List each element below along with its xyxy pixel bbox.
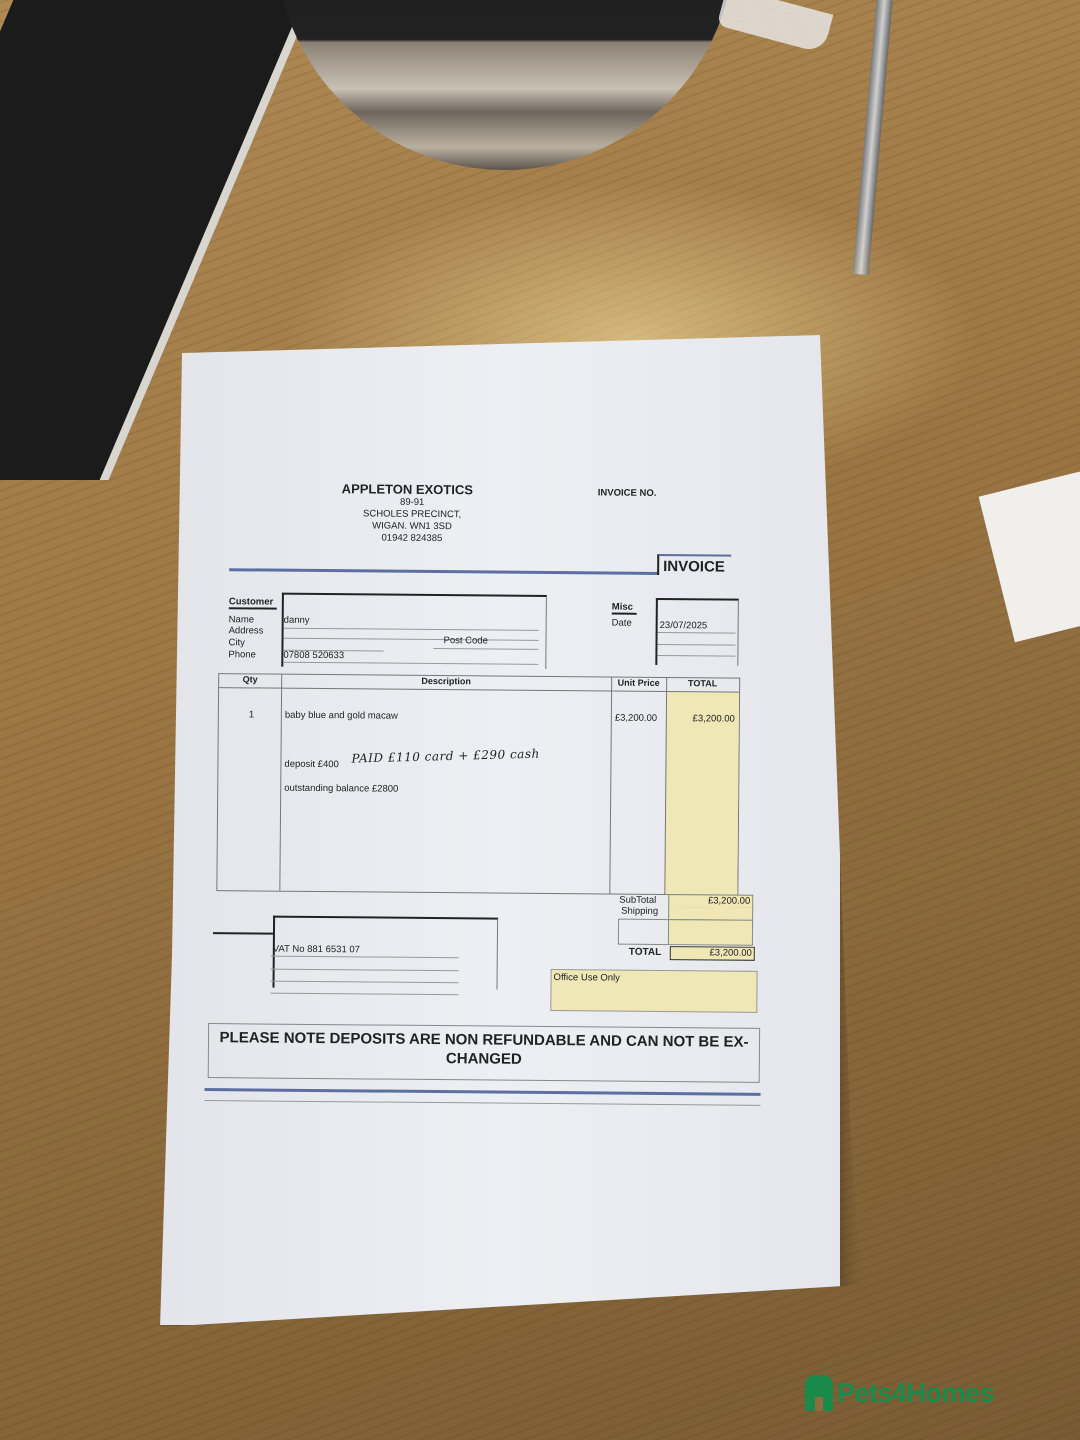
company-header: APPLETON EXOTICS 89-91 SCHOLES PRECINCT,… bbox=[344, 481, 480, 545]
extra-label-cells bbox=[618, 919, 670, 945]
header-rule bbox=[229, 568, 659, 575]
column-divider bbox=[279, 675, 282, 891]
invoice-document: APPLETON EXOTICS 89-91 SCHOLES PRECINCT,… bbox=[199, 470, 775, 1125]
postcode-label: Post Code bbox=[443, 635, 487, 647]
deposit-note: deposit £400 bbox=[284, 759, 339, 770]
office-use-box: Office Use Only bbox=[550, 969, 757, 1013]
column-divider bbox=[609, 678, 612, 894]
handwritten-payment-note: PAID £110 card + £290 cash bbox=[351, 747, 540, 766]
item-unit-price: £3,200.00 bbox=[615, 713, 657, 724]
watermark-text: Pets4Homes bbox=[837, 1378, 994, 1409]
pets4homes-watermark: Pets4Homes bbox=[805, 1375, 994, 1411]
office-use-label: Office Use Only bbox=[554, 972, 620, 984]
house-pet-logo-icon bbox=[805, 1375, 833, 1411]
invoice-number-label: INVOICE NO. bbox=[598, 487, 657, 499]
item-total: £3,200.00 bbox=[693, 713, 735, 724]
vat-number: VAT No 881 6531 07 bbox=[273, 944, 360, 957]
deposit-notice: PLEASE NOTE DEPOSITS ARE NON REFUNDABLE … bbox=[208, 1023, 760, 1083]
company-address-line: SCHOLES PRECINCT, bbox=[345, 508, 480, 521]
vat-box-rule bbox=[213, 932, 273, 935]
header-unit-price: Unit Price bbox=[611, 678, 666, 692]
outstanding-balance-note: outstanding balance £2800 bbox=[284, 783, 398, 795]
footer-rule bbox=[205, 1088, 761, 1096]
company-name: APPLETON EXOTICS bbox=[335, 481, 480, 497]
item-qty: 1 bbox=[249, 709, 254, 720]
footer-line bbox=[204, 1100, 760, 1106]
header-total: TOTAL bbox=[666, 678, 739, 693]
customer-section-label: Customer bbox=[229, 596, 277, 609]
line-items-table: Qty Description Unit Price TOTAL 1 baby … bbox=[216, 673, 740, 896]
date-label: Date bbox=[612, 618, 632, 630]
extra-value-cells bbox=[668, 919, 753, 946]
header-description: Description bbox=[281, 675, 611, 692]
subtotal-value: £3,200.00 bbox=[708, 895, 750, 906]
invoice-title: INVOICE bbox=[657, 554, 731, 576]
company-phone: 01942 824385 bbox=[344, 532, 479, 545]
city-label: City bbox=[228, 637, 244, 649]
field-line bbox=[270, 993, 458, 996]
misc-section-label: Misc bbox=[612, 602, 637, 615]
invoice-date-value: 23/07/2025 bbox=[660, 620, 708, 632]
shipping-label: Shipping bbox=[621, 906, 658, 918]
total-label: TOTAL bbox=[629, 947, 662, 958]
grand-total-value: £3,200.00 bbox=[709, 947, 751, 958]
grand-total-cell: £3,200.00 bbox=[670, 946, 755, 961]
customer-name-value: danny bbox=[284, 615, 310, 627]
phone-label: Phone bbox=[228, 649, 256, 661]
address-label: Address bbox=[229, 625, 264, 637]
customer-phone-value: 07808 520633 bbox=[283, 650, 344, 663]
item-description: baby blue and gold macaw bbox=[285, 710, 398, 722]
header-qty: Qty bbox=[219, 674, 281, 689]
